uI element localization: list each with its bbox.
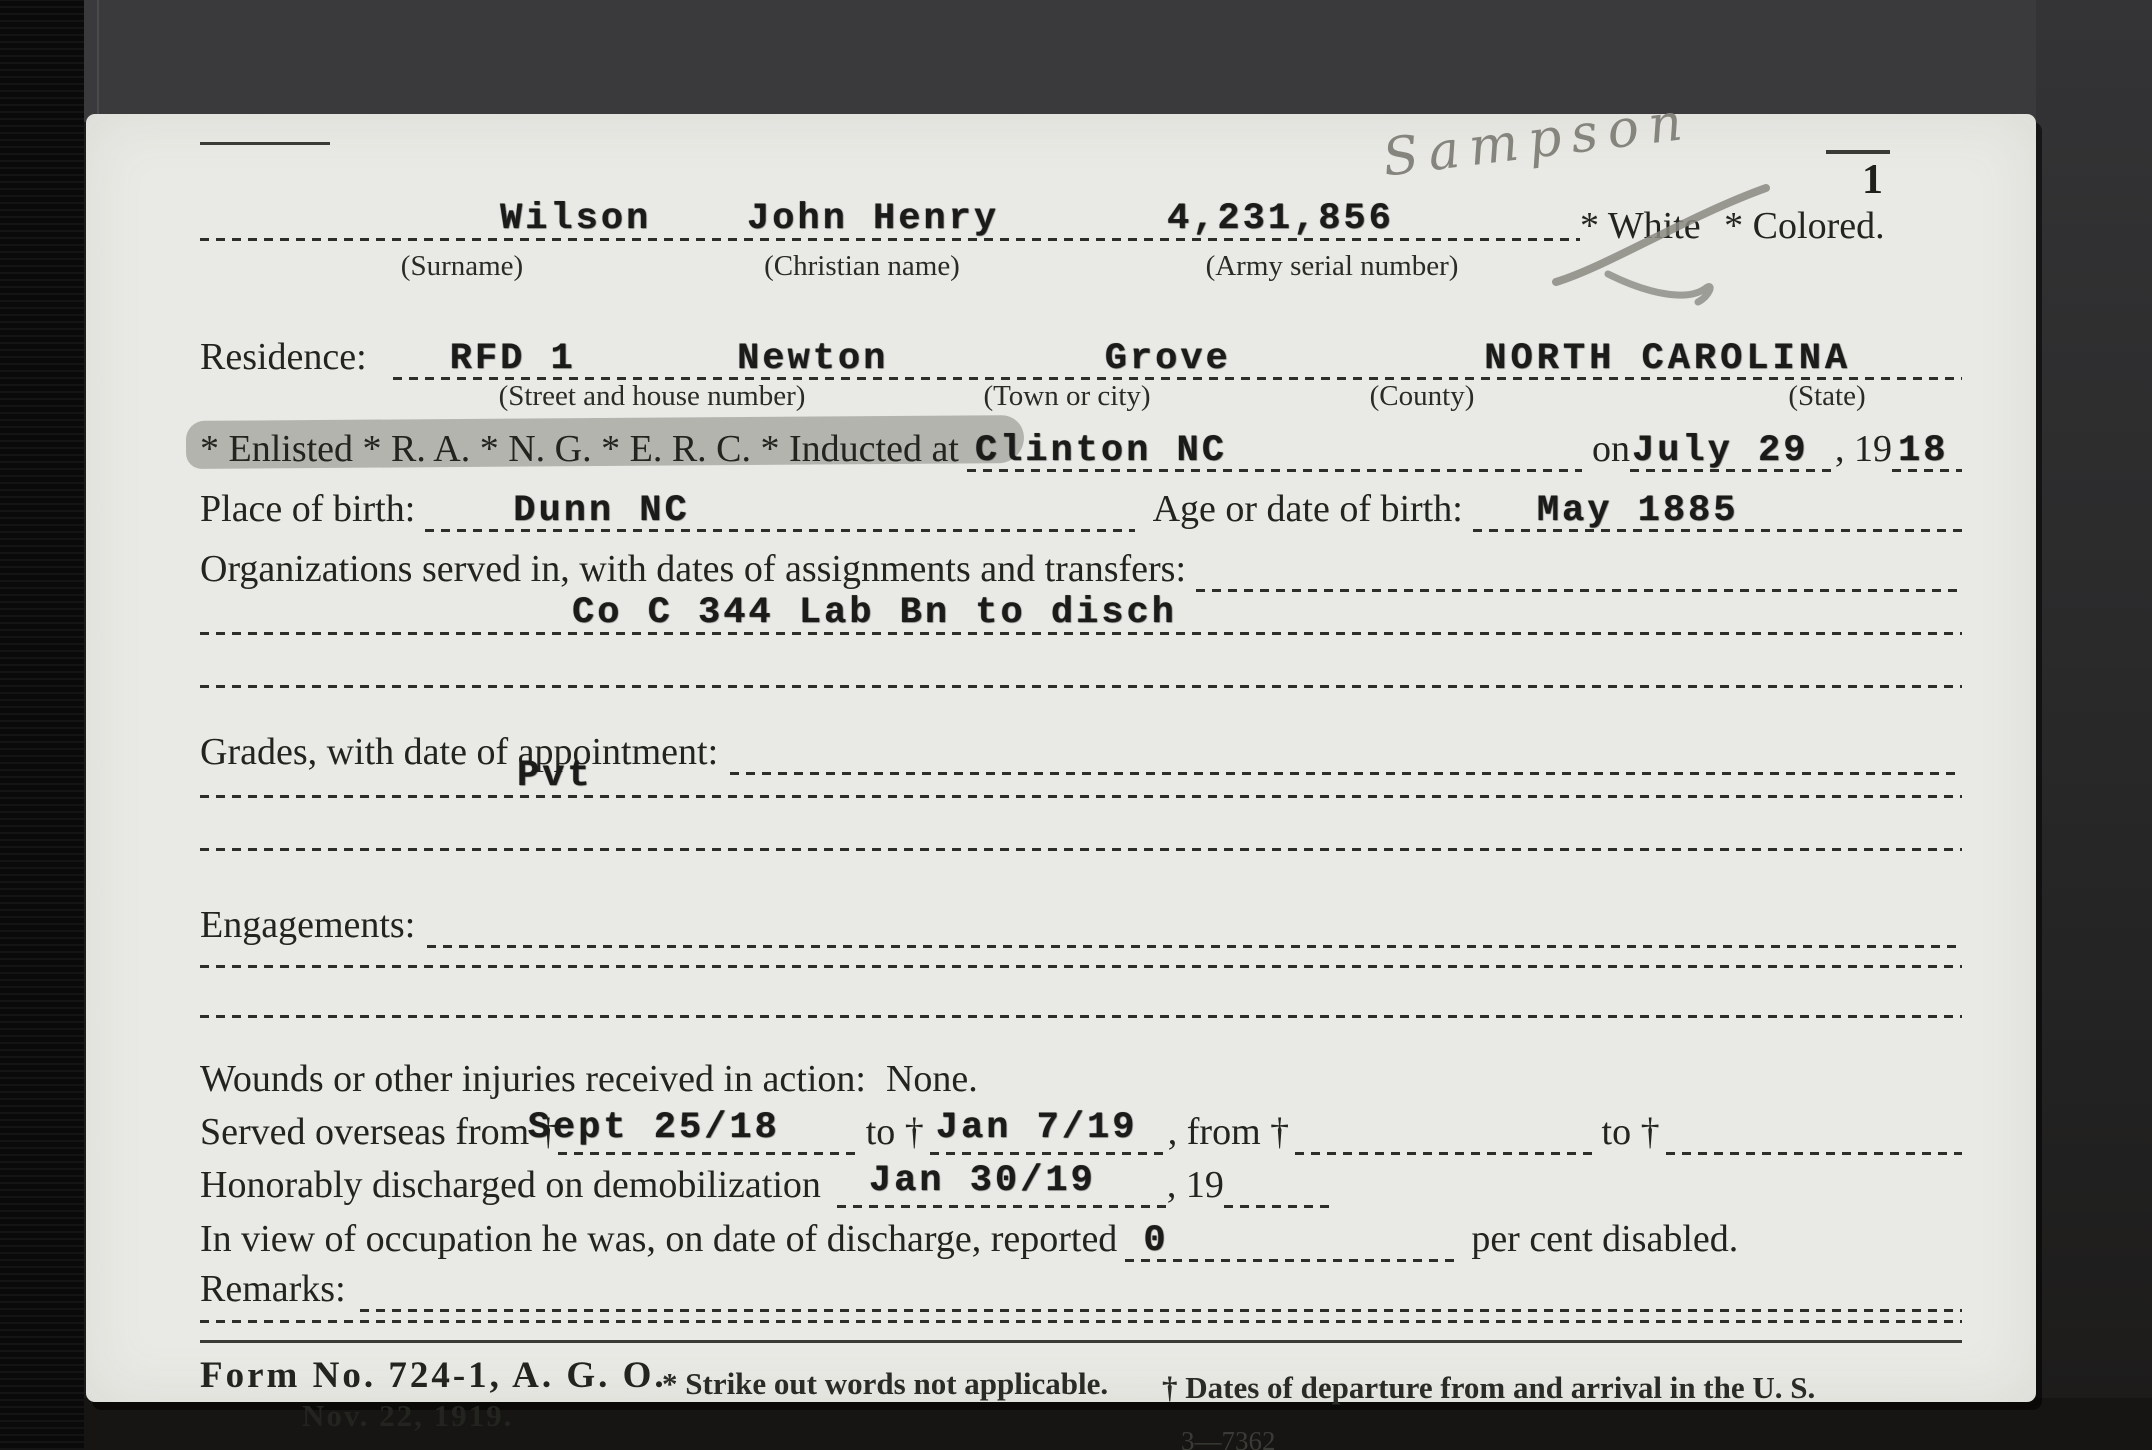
birthplace-dotted-line: Dunn NC [425, 488, 1134, 532]
birthdate-dotted-line: May 1885 [1473, 488, 1962, 532]
organizations-dotted-line [1196, 548, 1962, 592]
scanned-page: Sampson 1 Wilson John Henry 4,231,856 * … [0, 0, 2152, 1450]
town-caption: (Town or city) [983, 380, 1150, 413]
engagements-row: Engagements: [200, 898, 1962, 948]
on-label: on [1592, 426, 1630, 472]
disability-row: In view of occupation he was, on date of… [200, 1212, 1962, 1262]
organizations-label: Organizations served in, with dates of a… [200, 546, 1186, 592]
serial-number-value: 4,231,856 [1167, 198, 1394, 240]
discharge-date-value: Jan 30/19 [869, 1160, 1096, 1202]
wounds-label: Wounds or other injuries received in act… [200, 1056, 866, 1102]
enlist-date-dotted-line: July 29 [1630, 428, 1835, 472]
wounds-row: Wounds or other injuries received in act… [200, 1052, 1962, 1102]
overseas-from2-label: , from † [1168, 1109, 1289, 1155]
backdrop-right [2036, 0, 2152, 1450]
street-value: RFD 1 [450, 338, 576, 380]
overseas-to-value: Jan 7/19 [936, 1107, 1138, 1149]
service-record-card: Sampson 1 Wilson John Henry 4,231,856 * … [86, 114, 2036, 1402]
overseas-from-dotted-line: Sept 25/18 [558, 1111, 858, 1155]
inducted-at-dotted-line: Clinton NC [967, 428, 1582, 472]
overseas-to-dotted-line: Jan 7/19 [930, 1111, 1168, 1155]
form-number: Form No. 724-1, A. G. O. [200, 1354, 667, 1397]
engagements-dotted-line [427, 904, 1962, 948]
residence-row: Residence: RFD 1 Newton Grove NORTH CARO… [200, 330, 1962, 380]
film-edge-strip [0, 0, 84, 1450]
residence-dotted-line: RFD 1 Newton Grove NORTH CAROLINA [393, 336, 1962, 380]
blank-dotted-line-4 [200, 1015, 1962, 1018]
remarks-dotted-line [360, 1268, 1962, 1312]
page-number-rule [1826, 150, 1890, 154]
blank-dotted-line-5 [200, 1320, 1962, 1323]
remarks-row: Remarks: [200, 1262, 1962, 1312]
grades-label: Grades, with date of appointment: [200, 729, 718, 775]
street-caption: (Street and house number) [499, 380, 806, 413]
overseas-to2-dotted-line [1666, 1111, 1962, 1155]
blank-dotted-line-2 [200, 848, 1962, 851]
dagger-note: † Dates of departure from and arrival in… [1162, 1370, 1815, 1406]
birthplace-label: Place of birth: [200, 486, 415, 532]
strike-out-note: * Strike out words not applicable. [662, 1366, 1108, 1402]
organizations-value-line: Co C 344 Lab Bn to disch [200, 632, 1962, 635]
discharge-label: Honorably discharged on demobilization [200, 1162, 821, 1208]
disability-label: In view of occupation he was, on date of… [200, 1216, 1117, 1262]
grades-value-line: Pvt [200, 795, 1962, 798]
overseas-to-label: to † [866, 1109, 924, 1155]
backdrop-top [84, 0, 2152, 122]
town-value: Newton [737, 338, 888, 380]
footer-rule [200, 1340, 1962, 1343]
overseas-label: Served overseas from † [200, 1109, 558, 1155]
discharge-dotted-line: Jan 30/19 [837, 1164, 1167, 1208]
overseas-row: Served overseas from † Sept 25/18 to † J… [200, 1105, 1962, 1155]
blank-dotted-line-3 [200, 965, 1962, 968]
disability-dotted-line: 0 [1125, 1218, 1455, 1262]
disability-suffix: per cent disabled. [1471, 1216, 1738, 1262]
residence-label: Residence: [200, 334, 367, 380]
engagements-label: Engagements: [200, 902, 415, 948]
disability-value: 0 [1143, 1220, 1168, 1262]
county-town-value: Grove [1105, 338, 1231, 380]
christian-name-caption: (Christian name) [764, 250, 960, 283]
discharge-year-dotted-line [1224, 1164, 1336, 1208]
surname-value: Wilson [500, 198, 651, 240]
top-left-rule [200, 142, 330, 145]
serial-number-caption: (Army serial number) [1206, 250, 1459, 283]
grades-value: Pvt [517, 755, 593, 797]
surname-caption: (Surname) [401, 250, 523, 283]
discharge-year-prefix: , 19 [1167, 1162, 1224, 1208]
state-value: NORTH CAROLINA [1484, 338, 1851, 380]
enlist-year-value: 18 [1898, 430, 1948, 472]
organizations-value: Co C 344 Lab Bn to disch [572, 592, 1177, 634]
page-number: 1 [1862, 156, 1883, 204]
pencil-strike-mark [1538, 170, 1778, 310]
printer-code: 3—7362 [1181, 1426, 1276, 1450]
birthdate-value: May 1885 [1537, 490, 1739, 532]
blank-dotted-line-1 [200, 685, 1962, 688]
grades-row: Grades, with date of appointment: [200, 725, 1962, 775]
discharge-row: Honorably discharged on demobilization J… [200, 1158, 1962, 1208]
form-date: Nov. 22, 1919. [302, 1398, 513, 1434]
overseas-from-value: Sept 25/18 [528, 1107, 780, 1149]
organizations-row: Organizations served in, with dates of a… [200, 542, 1962, 592]
backdrop-seam-line [97, 0, 99, 122]
enlist-year-dotted-line: 18 [1892, 428, 1962, 472]
enlistment-row: * Enlisted * R. A. * N. G. * E. R. C. * … [200, 422, 1962, 472]
overseas-to2-label: to † [1602, 1109, 1660, 1155]
inducted-place-value: Clinton NC [975, 430, 1227, 472]
birthdate-label: Age or date of birth: [1153, 486, 1463, 532]
overseas-from2-dotted-line [1295, 1111, 1591, 1155]
christian-name-value: John Henry [747, 198, 999, 240]
birth-row: Place of birth: Dunn NC Age or date of b… [200, 482, 1962, 532]
enlist-year-prefix: , 19 [1835, 426, 1892, 472]
birthplace-value: Dunn NC [513, 490, 689, 532]
remarks-label: Remarks: [200, 1266, 346, 1312]
county-caption: (County) [1370, 380, 1475, 413]
enlist-date-value: July 29 [1632, 430, 1808, 472]
grades-dotted-line [730, 731, 1962, 775]
enlistment-label: * Enlisted * R. A. * N. G. * E. R. C. * … [200, 426, 959, 472]
state-caption: (State) [1788, 380, 1865, 413]
wounds-value: None. [886, 1056, 978, 1102]
